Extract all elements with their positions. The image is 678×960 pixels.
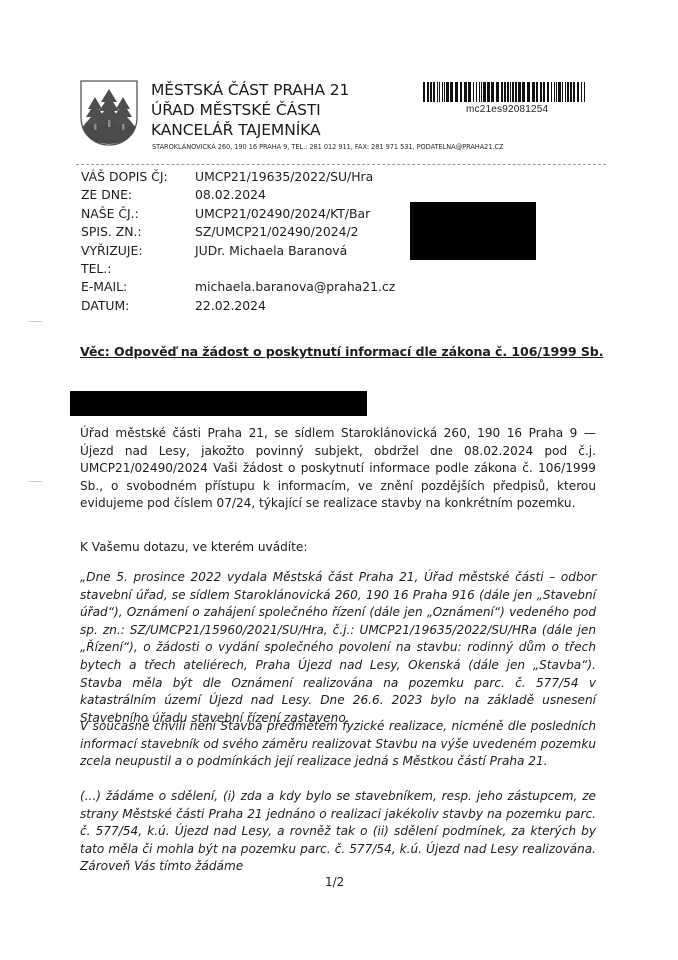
redacted-salutation	[70, 391, 367, 416]
barcode-number: mc21es92081254	[466, 104, 548, 115]
meta-label: E-MAIL:	[81, 278, 195, 296]
meta-row-handled-by: VYŘIZUJE: JUDr. Michaela Baranová	[81, 242, 395, 260]
meta-row-our-ref: NAŠE ČJ.: UMCP21/02490/2024/KT/Bar	[81, 205, 395, 223]
org-address: STAROKLÁNOVICKÁ 260, 190 16 PRAHA 9, TEL…	[152, 143, 504, 151]
redacted-recipient-address	[410, 202, 536, 260]
quoted-request-paragraph-1: „Dne 5. prosince 2022 vydala Městská čás…	[80, 569, 596, 727]
meta-value: SZ/UMCP21/02490/2024/2	[195, 223, 359, 241]
margin-fold-mark	[28, 321, 42, 322]
meta-label: VYŘIZUJE:	[81, 242, 195, 260]
meta-label: SPIS. ZN.:	[81, 223, 195, 241]
coat-of-arms-icon	[79, 79, 139, 147]
meta-row-your-letter: VÁŠ DOPIS ČJ: UMCP21/19635/2022/SU/Hra	[81, 168, 395, 186]
meta-label: TEL.:	[81, 260, 195, 278]
meta-label: VÁŠ DOPIS ČJ:	[81, 168, 195, 186]
meta-label: DATUM:	[81, 297, 195, 315]
meta-row-file-number: SPIS. ZN.: SZ/UMCP21/02490/2024/2	[81, 223, 395, 241]
org-name-line-3: KANCELÁŘ TAJEMNÍKA	[151, 121, 320, 140]
reference-metadata: VÁŠ DOPIS ČJ: UMCP21/19635/2022/SU/Hra Z…	[81, 168, 395, 315]
margin-fold-mark	[28, 481, 42, 482]
meta-value: UMCP21/02490/2024/KT/Bar	[195, 205, 370, 223]
page-number: 1/2	[325, 875, 344, 889]
meta-value: 08.02.2024	[195, 186, 266, 204]
meta-label: ZE DNE:	[81, 186, 195, 204]
lead-paragraph: K Vašemu dotazu, ve kterém uvádíte:	[80, 539, 596, 557]
intro-paragraph: Úřad městské části Praha 21, se sídlem S…	[80, 425, 596, 513]
org-name-line-1: MĚSTSKÁ ČÁST PRAHA 21	[151, 81, 349, 100]
meta-row-date-received: ZE DNE: 08.02.2024	[81, 186, 395, 204]
meta-value: UMCP21/19635/2022/SU/Hra	[195, 168, 373, 186]
quoted-request-paragraph-3: (...) žádáme o sdělení, (i) zda a kdy by…	[80, 788, 596, 876]
meta-label: NAŠE ČJ.:	[81, 205, 195, 223]
meta-value: 22.02.2024	[195, 297, 266, 315]
quoted-request-paragraph-2: V současné chvíli není Stavba předmětem …	[80, 718, 596, 771]
org-name-line-2: ÚŘAD MĚSTSKÉ ČÁSTI	[151, 101, 321, 120]
meta-row-phone: TEL.:	[81, 260, 395, 278]
letter-subject: Věc: Odpověď na žádost o poskytnutí info…	[80, 344, 603, 359]
barcode-icon	[423, 82, 587, 102]
meta-value: JUDr. Michaela Baranová	[195, 242, 347, 260]
meta-row-email: E-MAIL: michaela.baranova@praha21.cz	[81, 278, 395, 296]
header-divider	[76, 164, 606, 165]
meta-row-date: DATUM: 22.02.2024	[81, 297, 395, 315]
meta-value: michaela.baranova@praha21.cz	[195, 278, 395, 296]
